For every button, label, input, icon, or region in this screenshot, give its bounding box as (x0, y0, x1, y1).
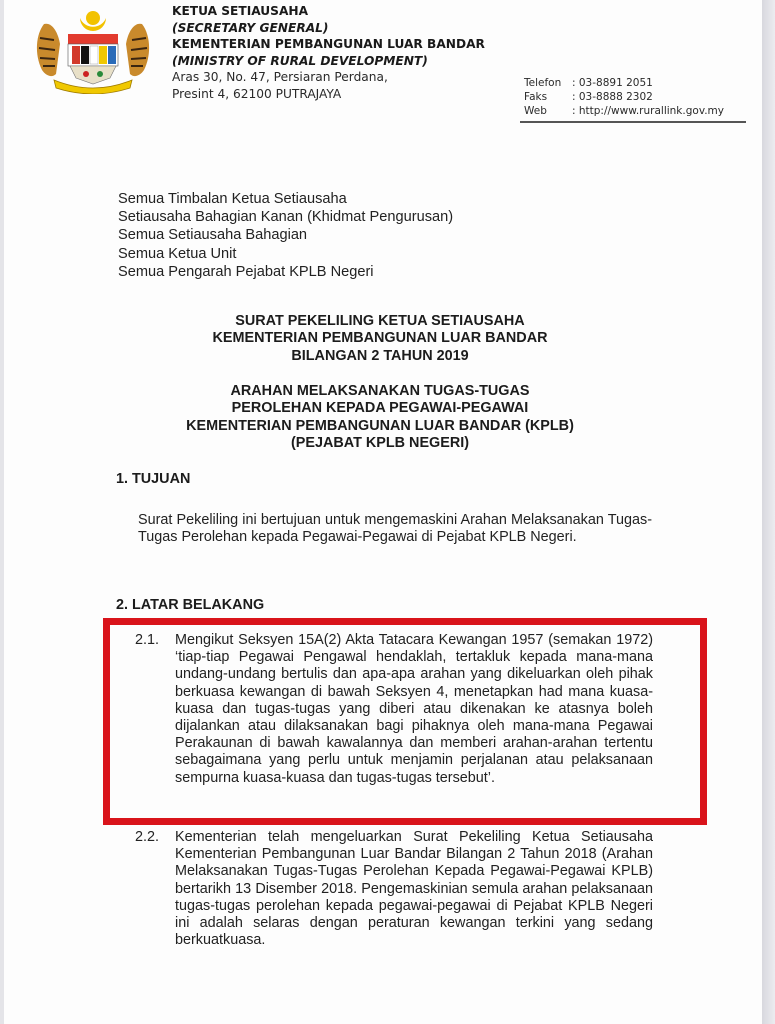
recipient-list: Semua Timbalan Ketua Setiausaha Setiausa… (118, 190, 453, 281)
recipient: Setiausaha Bahagian Kanan (Khidmat Pengu… (118, 208, 453, 226)
document-page: KETUA SETIAUSAHA (SECRETARY GENERAL) KEM… (0, 0, 762, 1024)
section-body-tujuan: Surat Pekeliling ini bertujuan untuk men… (138, 512, 652, 547)
contact-value: : 03-8891 2051 (572, 76, 653, 90)
subject-title: ARAHAN MELAKSANAKAN TUGAS-TUGAS PEROLEHA… (100, 383, 660, 453)
page-left-edge (0, 0, 4, 1024)
address-line-1: Aras 30, No. 47, Persiaran Perdana, (172, 69, 485, 86)
recipient: Semua Pengarah Pejabat KPLB Negeri (118, 263, 453, 281)
circular-title: SURAT PEKELILING KETUA SETIAUSAHA KEMENT… (100, 313, 660, 365)
clause-text: Mengikut Seksyen 15A(2) Akta Tatacara Ke… (175, 632, 653, 787)
contact-block: Telefon : 03-8891 2051 Faks : 03-8888 23… (524, 76, 724, 119)
coat-of-arms-icon (30, 4, 156, 94)
address-line-2: Presint 4, 62100 PUTRAJAYA (172, 86, 485, 103)
section-heading-latar-belakang: 2. LATAR BELAKANG (116, 597, 264, 613)
subject-title-line: (PEJABAT KPLB NEGERI) (100, 435, 660, 452)
contact-label: Web (524, 104, 572, 118)
subject-title-line: PEROLEHAN KEPADA PEGAWAI-PEGAWAI (100, 400, 660, 417)
header-divider (520, 121, 746, 123)
contact-web: Web : http://www.rurallink.gov.my (524, 104, 724, 118)
ministry-name: KEMENTERIAN PEMBANGUNAN LUAR BANDAR (172, 36, 485, 53)
contact-fax: Faks : 03-8888 2302 (524, 90, 724, 104)
clause-2-1: 2.1. Mengikut Seksyen 15A(2) Akta Tataca… (135, 632, 653, 787)
clause-number: 2.1. (135, 632, 175, 649)
circular-title-line: SURAT PEKELILING KETUA SETIAUSAHA (100, 313, 660, 330)
subject-title-line: KEMENTERIAN PEMBANGUNAN LUAR BANDAR (KPL… (100, 418, 660, 435)
letterhead-title: KETUA SETIAUSAHA (172, 3, 485, 20)
clause-number: 2.2. (135, 829, 175, 846)
ministry-name-en: (MINISTRY OF RURAL DEVELOPMENT) (172, 53, 485, 70)
contact-label: Faks (524, 90, 572, 104)
subject-title-line: ARAHAN MELAKSANAKAN TUGAS-TUGAS (100, 383, 660, 400)
circular-title-line: KEMENTERIAN PEMBANGUNAN LUAR BANDAR (100, 330, 660, 347)
recipient: Semua Setiausaha Bahagian (118, 226, 453, 244)
page-right-edge (762, 0, 775, 1024)
clause-2-2: 2.2. Kementerian telah mengeluarkan Sura… (135, 829, 653, 949)
section-heading-tujuan: 1. TUJUAN (116, 471, 190, 487)
letterhead: KETUA SETIAUSAHA (SECRETARY GENERAL) KEM… (172, 3, 485, 103)
circular-title-line: BILANGAN 2 TAHUN 2019 (100, 348, 660, 365)
contact-phone: Telefon : 03-8891 2051 (524, 76, 724, 90)
recipient: Semua Ketua Unit (118, 245, 453, 263)
letterhead-title-en: (SECRETARY GENERAL) (172, 20, 485, 37)
contact-value: : http://www.rurallink.gov.my (572, 104, 724, 118)
recipient: Semua Timbalan Ketua Setiausaha (118, 190, 453, 208)
contact-value: : 03-8888 2302 (572, 90, 653, 104)
clause-text: Kementerian telah mengeluarkan Surat Pek… (175, 829, 653, 949)
contact-label: Telefon (524, 76, 572, 90)
